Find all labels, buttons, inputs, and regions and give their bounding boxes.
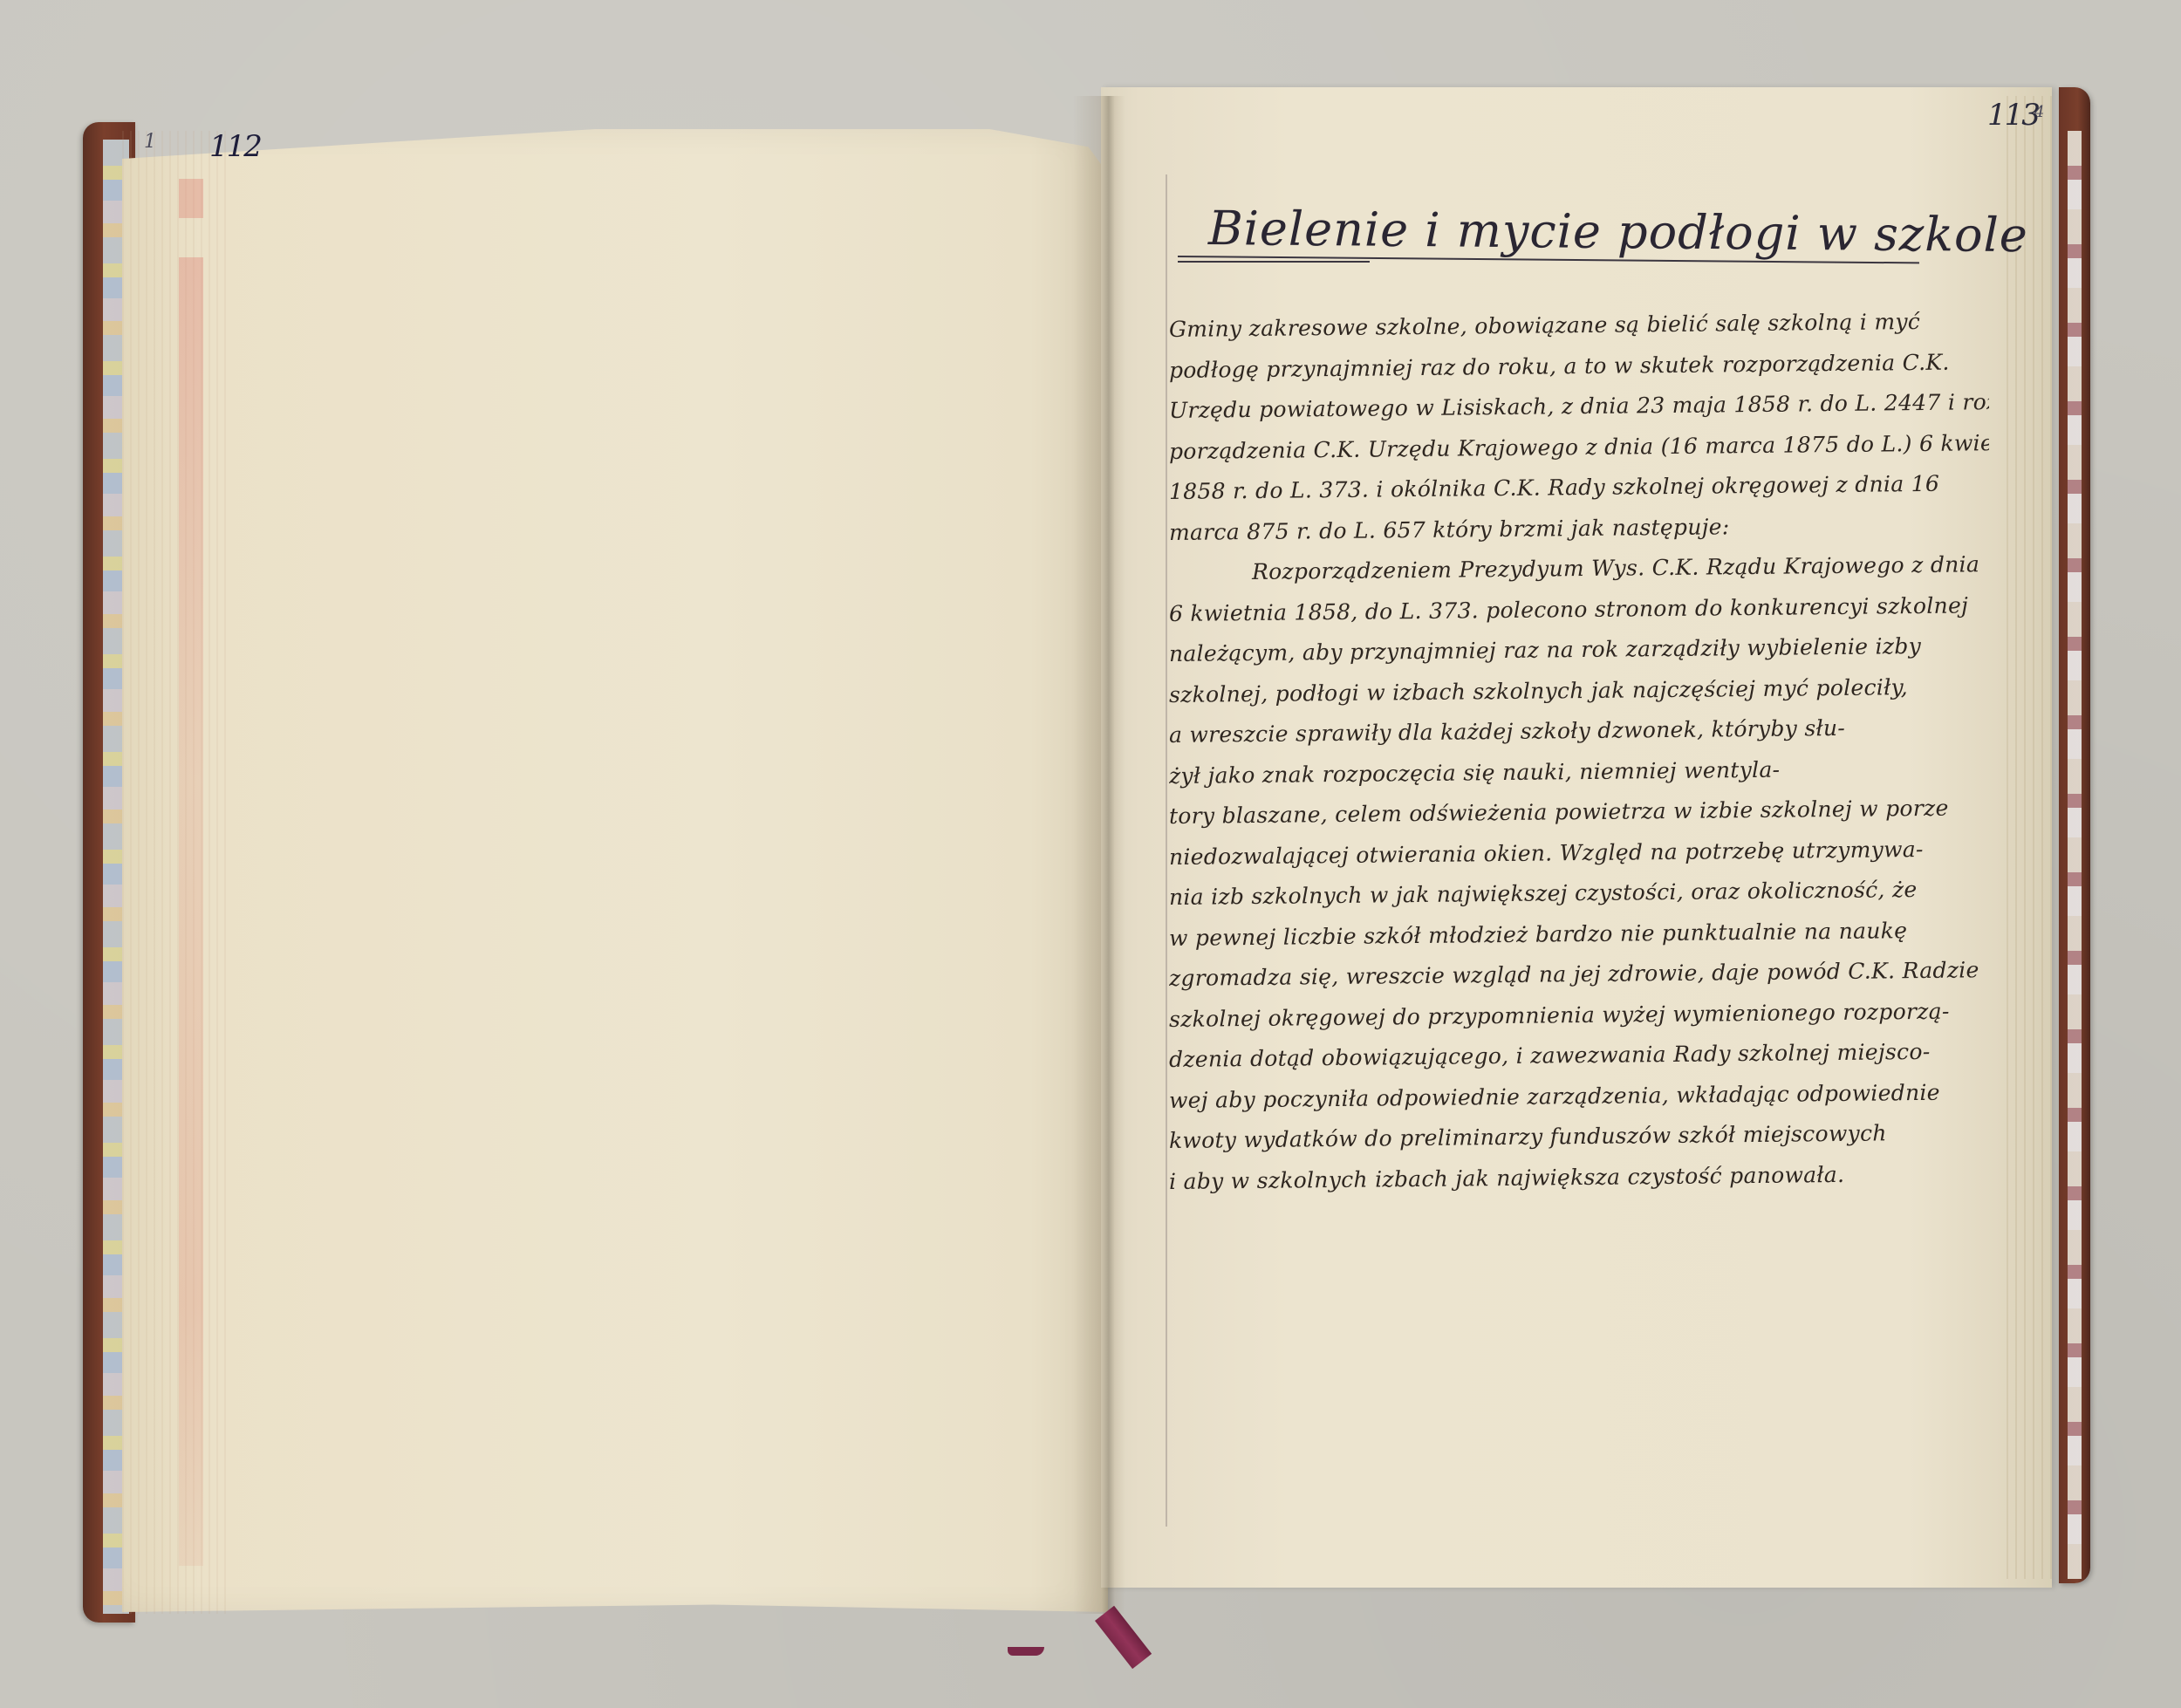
- left-page-edge-stack: [122, 131, 227, 1614]
- left-page-corner-mark: 1: [144, 131, 156, 153]
- left-page-number: 112: [209, 129, 261, 164]
- text-line: i aby w szkolnych izbach jak największa …: [1169, 1153, 1989, 1202]
- title-underline: [1178, 261, 1370, 263]
- marbled-endpaper-right: [2068, 131, 2082, 1579]
- red-page-edge-stain: [179, 179, 203, 218]
- book-gutter: [1073, 96, 1125, 1614]
- margin-line: [1166, 174, 1167, 1527]
- handwritten-body: Gminy zakresowe szkolne, obowiązane są b…: [1169, 310, 1989, 1202]
- red-page-edge-stain: [179, 257, 203, 1566]
- left-page: [122, 129, 1108, 1612]
- right-page-number: 113: [1987, 98, 2039, 133]
- right-page-edge-stack: [2007, 96, 2052, 1579]
- right-page-corner-mark: 4: [2034, 103, 2044, 121]
- bookmark-ribbon-tab: [1008, 1647, 1044, 1656]
- page-title: Bielenie i mycie podłogi w szkole: [1208, 201, 2028, 263]
